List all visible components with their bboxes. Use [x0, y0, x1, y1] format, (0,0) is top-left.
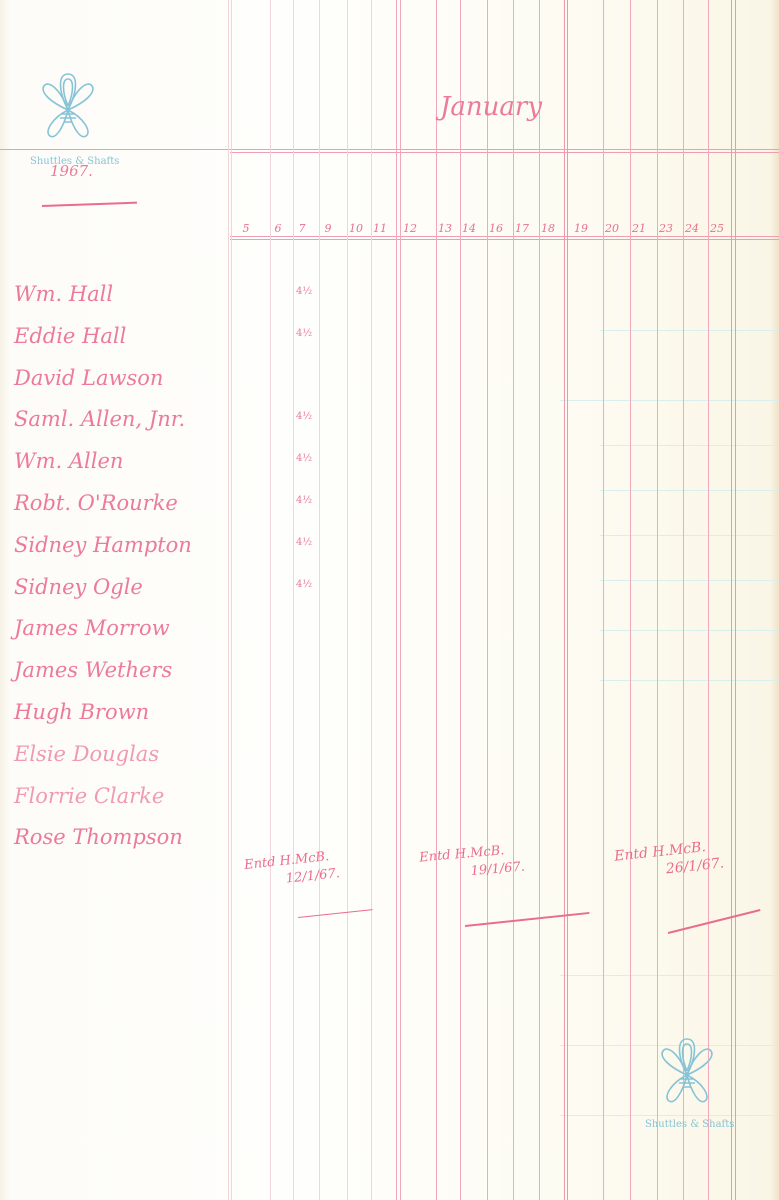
- day-label: 19: [571, 222, 591, 235]
- day-label: 16: [486, 222, 506, 235]
- year-label: 1967.: [50, 162, 93, 180]
- member-name: Rose Thompson: [14, 825, 183, 849]
- entry-note: Entd H.McB. 12/1/67.: [243, 847, 340, 893]
- attendance-mark: 4½: [296, 286, 312, 297]
- attendance-mark: 4½: [296, 495, 312, 506]
- member-name: Saml. Allen, Jnr.: [14, 407, 185, 431]
- day-label: 6: [268, 222, 288, 235]
- column-rule: [436, 0, 437, 1200]
- member-name: Sidney Ogle: [14, 575, 143, 599]
- blue-rule: [600, 490, 779, 491]
- column-rule: [603, 0, 604, 1200]
- member-name: Elsie Douglas: [14, 742, 159, 766]
- day-label: 13: [435, 222, 455, 235]
- member-name: Florrie Clarke: [14, 784, 164, 808]
- watermark-logo-top: Shuttles & Shafts: [30, 70, 110, 167]
- day-label: 21: [629, 222, 649, 235]
- knot-flower-icon: [657, 1035, 717, 1115]
- member-name: David Lawson: [14, 366, 163, 390]
- day-row-rule: [230, 236, 779, 237]
- column-rule: [539, 0, 540, 1200]
- column-rule: [683, 0, 684, 1200]
- column-rule: [657, 0, 658, 1200]
- knot-flower-icon: [38, 70, 98, 150]
- column-rule: [270, 0, 271, 1200]
- entry-note: Entd H.McB. 19/1/67.: [419, 841, 526, 886]
- header-rule: [0, 149, 779, 150]
- month-label: January: [440, 92, 542, 122]
- column-rule: [319, 0, 320, 1200]
- column-rule: [460, 0, 461, 1200]
- blue-rule: [600, 535, 779, 536]
- day-label: 7: [292, 222, 312, 235]
- column-rule: [228, 0, 229, 1200]
- member-name: Eddie Hall: [14, 324, 126, 348]
- day-label: 20: [602, 222, 622, 235]
- column-rule: [708, 0, 709, 1200]
- member-name: Robt. O'Rourke: [14, 491, 178, 515]
- member-name: Wm. Hall: [14, 282, 113, 306]
- header-rule: [230, 152, 779, 153]
- column-rule: [513, 0, 514, 1200]
- attendance-mark: 4½: [296, 411, 312, 422]
- column-rule: [564, 0, 565, 1200]
- entry-underline: [465, 912, 589, 927]
- column-rule: [731, 0, 732, 1200]
- blue-rule: [600, 330, 779, 331]
- blue-rule: [600, 580, 779, 581]
- member-name: James Wethers: [14, 658, 172, 682]
- column-rule: [400, 0, 401, 1200]
- day-label: 11: [370, 222, 390, 235]
- blue-rule: [560, 400, 779, 401]
- column-rule: [487, 0, 488, 1200]
- day-label: 10: [346, 222, 366, 235]
- year-underline: [42, 202, 137, 207]
- day-label: 25: [707, 222, 727, 235]
- member-name: Wm. Allen: [14, 449, 123, 473]
- blue-rule: [560, 975, 779, 976]
- day-label: 24: [682, 222, 702, 235]
- column-rule: [347, 0, 348, 1200]
- day-label: 18: [538, 222, 558, 235]
- attendance-mark: 4½: [296, 537, 312, 548]
- watermark-text: Shuttles & Shafts: [645, 1119, 735, 1130]
- column-rule: [396, 0, 397, 1200]
- blue-rule: [600, 680, 779, 681]
- attendance-mark: 4½: [296, 328, 312, 339]
- member-name: Sidney Hampton: [14, 533, 192, 557]
- member-name: Hugh Brown: [14, 700, 149, 724]
- attendance-mark: 4½: [296, 579, 312, 590]
- day-label: 5: [236, 222, 256, 235]
- ledger-page: Shuttles & Shafts Shuttles & Shafts 1967…: [0, 0, 779, 1200]
- day-label: 12: [400, 222, 420, 235]
- column-rule: [567, 0, 568, 1200]
- day-row-rule: [230, 239, 779, 240]
- day-label: 14: [459, 222, 479, 235]
- column-rule: [630, 0, 631, 1200]
- watermark-logo-bottom: Shuttles & Shafts: [645, 1035, 735, 1130]
- blue-rule: [600, 630, 779, 631]
- attendance-mark: 4½: [296, 453, 312, 464]
- day-label: 23: [656, 222, 676, 235]
- member-name: James Morrow: [14, 616, 170, 640]
- blue-rule: [600, 445, 779, 446]
- entry-underline: [668, 909, 761, 933]
- day-label: 9: [318, 222, 338, 235]
- entry-underline: [298, 909, 373, 918]
- column-rule: [293, 0, 294, 1200]
- column-rule: [231, 0, 232, 1200]
- day-label: 17: [512, 222, 532, 235]
- column-rule: [735, 0, 736, 1200]
- column-rule: [371, 0, 372, 1200]
